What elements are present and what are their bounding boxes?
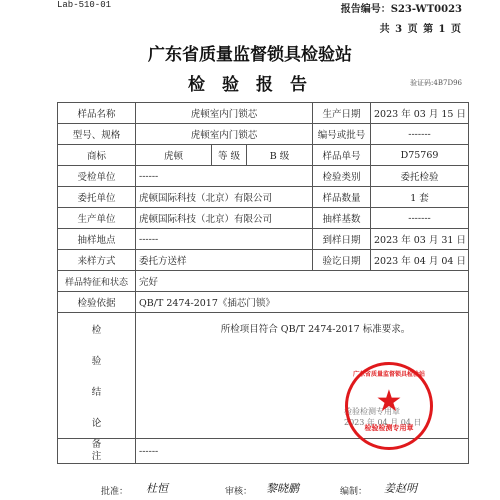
grade-label: 等 级 <box>212 145 247 166</box>
trademark-label: 商标 <box>58 145 136 166</box>
grade-value: B 级 <box>247 145 313 166</box>
client-unit-value: 虎顿国际科技（北京）有限公司 <box>136 187 313 208</box>
inspected-unit-value: ------ <box>136 166 313 187</box>
form-code: Lab-510-01 <box>57 0 111 10</box>
report-number-value: S23-WT0023 <box>391 4 462 15</box>
approve-signature: 杜恒 <box>146 480 168 496</box>
seal-ring-text: 广东省质量监督锁具检验站 <box>348 369 430 378</box>
table-row: 委托单位 虎顿国际科技（北京）有限公司 样品数量 1 套 <box>58 187 469 208</box>
review-signature: 黎晓鹏 <box>266 480 299 496</box>
compile-label: 编制： <box>340 484 367 497</box>
seal-bottom-text: 检验检测专用章 <box>348 423 430 433</box>
completion-date-label: 验讫日期 <box>313 250 371 271</box>
report-number: 报告编号：S23-WT0023 <box>341 0 462 15</box>
report-number-label: 报告编号： <box>341 4 391 15</box>
batch-number-label: 编号或批号 <box>313 124 371 145</box>
sample-name-value: 虎顿室内门锁芯 <box>136 103 313 124</box>
official-seal: 广东省质量监督锁具检验站 ★ 检验检测专用章 <box>345 362 433 450</box>
conclusion-label-char: 检 <box>92 322 102 336</box>
star-icon: ★ <box>348 387 430 417</box>
sample-condition-label: 样品特征和状态 <box>58 271 136 292</box>
sampling-method-label: 来样方式 <box>58 250 136 271</box>
conclusion-label-char: 结 <box>92 384 102 398</box>
table-row: 生产单位 虎顿国际科技（北京）有限公司 抽样基数 ------- <box>58 208 469 229</box>
review-label: 审核： <box>225 484 252 497</box>
completion-date-value: 2023 年 04 月 04 日 <box>371 250 469 271</box>
sample-quantity-value: 1 套 <box>371 187 469 208</box>
compile-signature: 姜赵明 <box>384 480 417 496</box>
organization-title: 广东省质量监督锁具检验站 <box>0 40 500 65</box>
verify-code: 验证码:4B7D96 <box>410 78 462 88</box>
sample-quantity-label: 样品数量 <box>313 187 371 208</box>
manufacturer-label: 生产单位 <box>58 208 136 229</box>
model-spec-value: 虎顿室内门锁芯 <box>136 124 313 145</box>
table-row: 抽样地点 ------ 到样日期 2023 年 03 月 31 日 <box>58 229 469 250</box>
remarks-label-char: 注 <box>61 451 132 463</box>
sample-name-label: 样品名称 <box>58 103 136 124</box>
inspection-type-value: 委托检验 <box>371 166 469 187</box>
batch-number-value: ------- <box>371 124 469 145</box>
page-count: 共 3 页 第 1 页 <box>380 20 462 35</box>
inspection-type-label: 检验类别 <box>313 166 371 187</box>
conclusion-label: 检 验 结 论 <box>58 313 136 439</box>
remarks-label-char: 备 <box>61 439 132 451</box>
arrival-date-value: 2023 年 03 月 31 日 <box>371 229 469 250</box>
inspected-unit-label: 受检单位 <box>58 166 136 187</box>
basis-label: 检验依据 <box>58 292 136 313</box>
production-date-label: 生产日期 <box>313 103 371 124</box>
table-row: 受检单位 ------ 检验类别 委托检验 <box>58 166 469 187</box>
table-row: 样品名称 虎顿室内门锁芯 生产日期 2023 年 03 月 15 日 <box>58 103 469 124</box>
table-row: 样品特征和状态 完好 <box>58 271 469 292</box>
trademark-value: 虎顿 <box>136 145 212 166</box>
remarks-label: 备 注 <box>58 439 136 464</box>
sample-condition-value: 完好 <box>136 271 469 292</box>
sampling-location-label: 抽样地点 <box>58 229 136 250</box>
sampling-location-value: ------ <box>136 229 313 250</box>
conclusion-label-char: 验 <box>92 353 102 367</box>
client-unit-label: 委托单位 <box>58 187 136 208</box>
sampling-base-value: ------- <box>371 208 469 229</box>
table-row: 检验依据 QB/T 2474-2017《插芯门锁》 <box>58 292 469 313</box>
sample-order-label: 样品单号 <box>313 145 371 166</box>
sampling-base-label: 抽样基数 <box>313 208 371 229</box>
table-row: 型号、规格 虎顿室内门锁芯 编号或批号 ------- <box>58 124 469 145</box>
conclusion-label-char: 论 <box>92 415 102 429</box>
production-date-value: 2023 年 03 月 15 日 <box>371 103 469 124</box>
sample-order-value: D75769 <box>371 145 469 166</box>
sampling-method-value: 委托方送样 <box>136 250 313 271</box>
model-spec-label: 型号、规格 <box>58 124 136 145</box>
approve-label: 批准： <box>101 484 128 497</box>
basis-value: QB/T 2474-2017《插芯门锁》 <box>136 292 469 313</box>
table-row: 商标 虎顿 等 级 B 级 样品单号 D75769 <box>58 145 469 166</box>
table-row: 来样方式 委托方送样 验讫日期 2023 年 04 月 04 日 <box>58 250 469 271</box>
remarks-value: ------ <box>136 439 469 464</box>
manufacturer-value: 虎顿国际科技（北京）有限公司 <box>136 208 313 229</box>
arrival-date-label: 到样日期 <box>313 229 371 250</box>
